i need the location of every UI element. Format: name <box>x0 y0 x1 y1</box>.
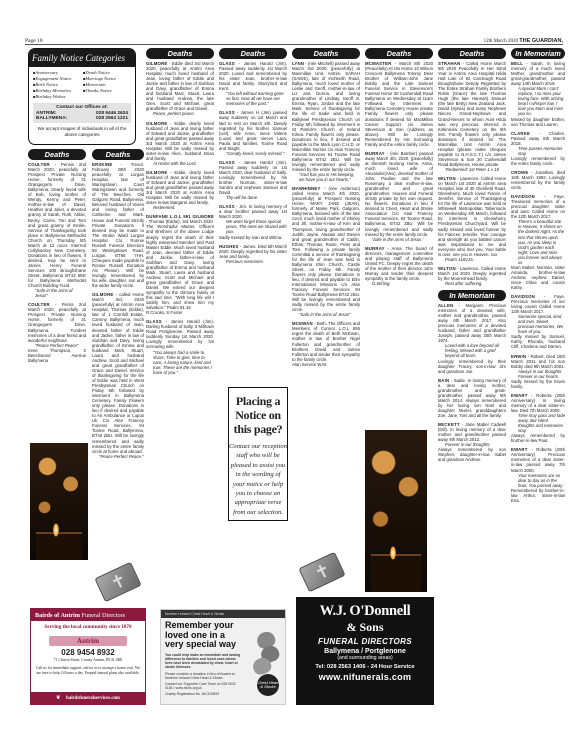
notice-text: R.Crooks, S.Foster <box>146 310 214 315</box>
chest-bar: Northern Ireland Chest Heart & Stroke <box>161 610 285 618</box>
chest-body: You could help make an immediate and las… <box>161 652 245 671</box>
notice: DAVIDSON - Faye. Precious memories of ou… <box>511 294 565 350</box>
notice: MCMASTER - March 8th 2020 (Peacefully) A… <box>365 61 433 147</box>
bairds-footer: ❦bairdsfuneralservices.com <box>31 692 145 704</box>
notice-text: Funeral Directors <box>82 612 125 619</box>
hands-logo-icon: ❦ <box>56 696 60 701</box>
notice-text: - Pensis 2nd March 2020, peacefully at P… <box>28 162 86 288</box>
column-3: Deaths GILMORE - Eddie died 3rd March 20… <box>146 48 214 379</box>
deaths-header: Deaths <box>146 48 214 59</box>
chest-heart-stroke-ad: Northern Ireland Chest Heart & Stroke Re… <box>160 609 286 705</box>
notice-verse: "Peace Perfect Peace" <box>28 343 86 348</box>
column-7: Deaths STRAHAN - Called Home March 5th 2… <box>438 48 506 466</box>
column-1: Deaths COULTER - Pensis 2nd March 2020, … <box>28 149 86 367</box>
notice: MAWHINNEY - (née Anderson) called Home M… <box>292 186 360 317</box>
placing-notice-box: Placing a Notice on this page? Contact o… <box>228 387 288 521</box>
notice-verse: Peace, perfect peace. <box>146 111 214 116</box>
bible-icon <box>296 555 348 591</box>
notice-verse: D.Stirling. <box>365 281 433 286</box>
notice-verse: Always in our thoughts. Forever in our h… <box>511 369 565 379</box>
deaths-header: Deaths <box>365 48 433 59</box>
notice: GILMORE - Eddie, dearly loved husband of… <box>146 121 214 166</box>
notice-verse: "You left without warning gone so fast, … <box>219 91 287 106</box>
deaths-header: Deaths <box>28 149 86 160</box>
notice-verse: A special Mum I can't replace, I so miss… <box>511 86 565 116</box>
notice: MURRAY - (née Bamber) passed away March … <box>365 151 433 242</box>
notice-verse: Precious memories. <box>219 259 287 264</box>
notice-text: Lovingly remembered by their daughter Tr… <box>438 359 506 374</box>
notice: COULTER - Persis 2nd March 2020, peacefu… <box>28 302 86 363</box>
wjo-areas: (and surrounding areas) <box>296 655 434 661</box>
wjo-website[interactable]: www.nifunerals.com <box>296 672 434 682</box>
bairds-website[interactable]: bairdsfuneralservices.com <box>66 696 120 701</box>
notice-verse: We wont forget those special years, The … <box>219 219 287 234</box>
notice-text: - Persis 2nd March 2020, peacefully at P… <box>28 302 86 342</box>
notice-text: - James Harold (Jim). Darling husband of… <box>146 319 214 349</box>
bible-icon <box>92 565 144 601</box>
notice-text: - James H (Jim) passed away suddenly on … <box>219 110 287 150</box>
notice: GLASS - James Harold (Jim). Darling husb… <box>146 319 214 375</box>
notice: EWART - Roberta (20th Anniversary) Preci… <box>511 447 565 503</box>
notice-text: - Trevor. February 28th 2020 peacefully … <box>92 162 144 288</box>
chest-headline: Remember your loved one in a very specia… <box>161 618 249 652</box>
notice: STRAHAN - Called Home March 5th 2020 Pea… <box>438 61 506 172</box>
chs-logo: Chest Heart & Stroke <box>257 674 279 696</box>
notice-verse: 'Redeemed' 1st Peter 1 v 18 <box>438 167 506 172</box>
notice: BECKETT - Jane Mabel Cadwell (Dill). In … <box>438 422 506 462</box>
notice-verse: There's a beautiful star in Heaven, It s… <box>511 219 565 264</box>
wjo-sons: & Sons <box>296 620 434 635</box>
ballymena-label: BALLYMENA: <box>36 116 67 121</box>
notice-text: Always remembered by brother-in-law Paul… <box>511 433 565 443</box>
in-memoriam-header: In Memoriam <box>438 290 506 301</box>
notice: ALLEN - Margaret. Precious memories of a… <box>438 303 506 374</box>
bairds-note: Call us for immediate support, advice or… <box>34 666 142 675</box>
notice: GILMORE - Eddie, dearly loved husband of… <box>146 170 214 210</box>
notice: WILTON - Lawrence. Called Home March 1st… <box>438 266 506 286</box>
notice: GLASS - James Harold (Jim). Passed away … <box>219 160 287 200</box>
page-number: Page 18 <box>25 38 43 44</box>
notice-text: - Lawrence. Called Home on March 1st 202… <box>438 176 506 257</box>
notice-verse: Someone special, kind and true, Sweet pr… <box>511 314 565 334</box>
notice-verse: Time passes memories stay. <box>511 146 565 156</box>
notice-text: Lovingly remembered by the entire family… <box>511 156 565 166</box>
notice-text: Sadly missed by the Erwin family. <box>511 379 565 389</box>
column-2: Deaths ERSKINE - Trevor. February 28th 2… <box>92 149 144 463</box>
bairds-address: 71 Church Street, County Antrim, BT41 4B… <box>31 658 145 662</box>
page-header: Page 18 12th March 2020 THE GUARDIAN, <box>25 37 563 45</box>
notice: GILMORE - Eddie died 3rd March 2020, pea… <box>146 61 214 117</box>
column-5: Deaths LYNN - (née Mitchell) passed away… <box>292 48 360 371</box>
notice: HUGHES - James. Died 5th March 2020. Dee… <box>219 244 287 264</box>
hearts-icon <box>251 632 281 676</box>
notice-text: - Called Home March 5th 2020 Peacefully … <box>438 61 506 167</box>
deaths-header: Deaths <box>92 149 144 160</box>
notice-text: - Beth. The Officers and Members of Conn… <box>292 321 360 361</box>
paper-name: THE GUARDIAN, <box>519 38 563 44</box>
candle-photo <box>365 430 427 592</box>
column-6: Deaths MCMASTER - March 8th 2020 (Peacef… <box>365 48 433 290</box>
notice-text: Mum Mabel, Norman, sister Amanda, brothe… <box>511 265 565 290</box>
notice-text: - (née Bamber) passed away March 4th, 20… <box>365 151 433 237</box>
notice-verse: "Greatly loved, sorely missed." <box>219 151 287 156</box>
notice-verse: "Safe in the arms of Jesus" <box>28 288 86 298</box>
deaths-header: Deaths <box>438 48 506 59</box>
date-text: 12th March 2020 <box>484 39 518 44</box>
notice-text: - Eddie, dearly loved husband of Jean an… <box>146 121 214 161</box>
notice-text: - called Home March 3rd, 2020 (peacefull… <box>92 292 144 453</box>
wjo-name: W.J. O'Donnell <box>296 603 434 620</box>
wj-odonnell-ad: W.J. O'Donnell & Sons FUNERAL DIRECTORS … <box>296 597 434 705</box>
bairds-town: Antrim <box>49 636 127 646</box>
notice-text: - Eddie, dearly loved husband of Jean an… <box>146 170 214 205</box>
notice-verse: Psalm 118V15. <box>438 257 506 262</box>
notice-verse: Your memories are so dear to day as in t… <box>511 473 565 488</box>
placing-body: Contact our reception staff who will be … <box>229 442 287 517</box>
notice-text: - James Harold (Jim). Passed away sudden… <box>219 160 287 195</box>
bairds-serving: Serving the local community since 1870 <box>31 624 145 630</box>
wjo-funeral-directors: FUNERAL DIRECTORS <box>296 637 434 646</box>
notice-text: - Thomas (Eddie), 3rd March 2020. The Wo… <box>146 219 214 310</box>
bairds-funeral-ad: Bairds of Antrim Funeral Directors Servi… <box>30 608 146 705</box>
chest-charity: Charity Registration No. NIC103593 <box>161 691 245 697</box>
contact-title: Contact our Offices at: <box>36 105 128 110</box>
notice: DUNFANE L.O.L 591 GILMORE - Thomas (Eddi… <box>146 214 214 315</box>
placing-title: Placing a Notice on this page? <box>229 394 287 436</box>
wjo-phone: Tel: 028 2563 1406 - 24 Hour Service <box>296 664 434 670</box>
notice: ERSKINE - Trevor. February 28th 2020 pea… <box>92 162 144 288</box>
family-box-title: Family Notice Categories <box>29 49 135 67</box>
notice: MURRAY - Anna. The board of directors, m… <box>365 246 433 286</box>
notice: BAIN - Sadie. In loving memory of a dear… <box>438 378 506 418</box>
notice-text: Irene Thompson, 2 Beechwood Avenue Bally… <box>28 348 86 363</box>
notice-text: - Anna. The board of directors, manageme… <box>365 246 433 281</box>
notice: CROWE - Jonathan, died 16th March 1992. … <box>511 170 565 190</box>
notice-text: Sadly missed by Ivan and Wilma. <box>219 235 287 240</box>
notice-text: - (née Anderson) called Home March 4th 2… <box>292 186 360 312</box>
notice-text: - Sadie. In loving memory of a dear and … <box>438 378 506 418</box>
notice-text: Missed by daughter Esther, son Thomas an… <box>511 117 565 127</box>
chest-contact: Contact our Supporter Care Team on 028 9… <box>161 681 245 691</box>
bairds-phone: 028 9454 8932 <box>31 648 145 657</box>
notice: GILMORE - called Home March 3rd, 2020 (p… <box>92 292 144 459</box>
column-4: Deaths GLASS - James Harold (Jim). Passe… <box>219 48 287 268</box>
deaths-header: Deaths <box>292 48 360 59</box>
family-notice-categories-box: Family Notice Categories Anniversary Dea… <box>28 48 136 145</box>
notice: EWART - Roberta (20th Anniversary) In lo… <box>511 393 565 443</box>
bairds-header: Bairds of Antrim Funeral Directors <box>31 609 145 621</box>
notice-name: Bairds of Antrim <box>35 612 80 619</box>
notice-text: - James Harold (Jim). Passed away sudden… <box>219 61 287 91</box>
notice-verse: "Peace Perfect Peace." <box>92 454 144 459</box>
in-memoriam-header: In Memoriam <box>511 48 565 59</box>
candle-photo <box>30 443 88 560</box>
notice: DAVIDSON - Faye. Treasured memories of a… <box>511 194 565 290</box>
notice: WILTON - Lawrence. Called Home on March … <box>438 176 506 262</box>
notice-verse: At Home with the Lord. <box>146 161 214 166</box>
category-list: Anniversary Death Notice Engagement Noti… <box>29 67 135 102</box>
notice-text: - March 8th 2020 (Peacefully) At His Hom… <box>365 61 433 147</box>
notice-text: - Eddie died 3rd March 2020, peacefully … <box>146 61 214 111</box>
notice-verse: 'Safe in the arms of Jesus.' <box>365 237 433 242</box>
notice: BELL - Sarah. In loving memory of a much… <box>511 61 565 127</box>
notice: CLARKE - Charles. Passed away 8th March … <box>511 131 565 166</box>
deaths-header: Deaths <box>219 48 287 59</box>
notice-verse: Time may pass and fade away, But silent … <box>511 413 565 433</box>
notice-text: - Margaret. Precious memories of a devot… <box>438 303 506 343</box>
notice-text: Remembered by brother-in-law Arthur, sis… <box>511 488 565 503</box>
column-8: In Memoriam BELL - Sarah. In loving memo… <box>511 48 565 507</box>
notice-verse: Rest after suffering. <box>438 281 506 286</box>
notice-verse: Thy will be done. <box>219 195 287 200</box>
notice-verse: Loved with a love beyond all feeling, Mi… <box>438 343 506 358</box>
notice: ERWIN - Robert. Died 16th March 2011 and… <box>511 354 565 389</box>
notice: COULTER - Pensis 2nd March 2020, peacefu… <box>28 162 86 298</box>
notice-text: Alan Service W.M. <box>292 362 360 367</box>
notice: GLASS - James H (Jim) passed away sudden… <box>219 110 287 155</box>
notice: MCEWAN - Beth. The Officers and Members … <box>292 321 360 366</box>
notice: GLASS - James Harold (Jim). Passed away … <box>219 61 287 106</box>
contact-offices: Contact our Offices at: ANTRIM:028 9446 … <box>33 103 131 123</box>
category-item: Birthday Wishes <box>33 94 81 100</box>
accept-images-note: We accept images of individuals in all o… <box>29 124 135 139</box>
notice-name: You could help make an immediate and las… <box>165 653 240 670</box>
wjo-locations: Ballymena / Portglenone <box>296 648 434 655</box>
ballymena-phone: 028 2564 1221 <box>96 116 128 121</box>
notice-text: Sadly missed by Samuel, Kathy, Rhonda, h… <box>511 334 565 349</box>
notice: LYNN - (née Mitchell) passed away March … <box>292 61 360 182</box>
chest-body2: Please consider a donation in lieu of fl… <box>161 671 245 681</box>
notice-verse: "God has you in His keeping, we have you… <box>292 172 360 182</box>
category-item: Thanks Notice <box>83 88 131 94</box>
notice-text: - (née Mitchell) passed away March 3rd 2… <box>292 61 360 172</box>
notice: GLASS - Jim. In loving memory of a dear … <box>219 204 287 239</box>
notice-verse: Redeemed. <box>146 205 214 210</box>
notice-verse: "Safe in the arms of Jesus" <box>292 312 360 317</box>
issue-date: 12th March 2020 THE GUARDIAN, <box>484 38 563 44</box>
notice-verse: "You always had a smile to share, Time t… <box>146 350 214 375</box>
notice-text: Always remembered by son Stephen, daught… <box>438 447 506 462</box>
